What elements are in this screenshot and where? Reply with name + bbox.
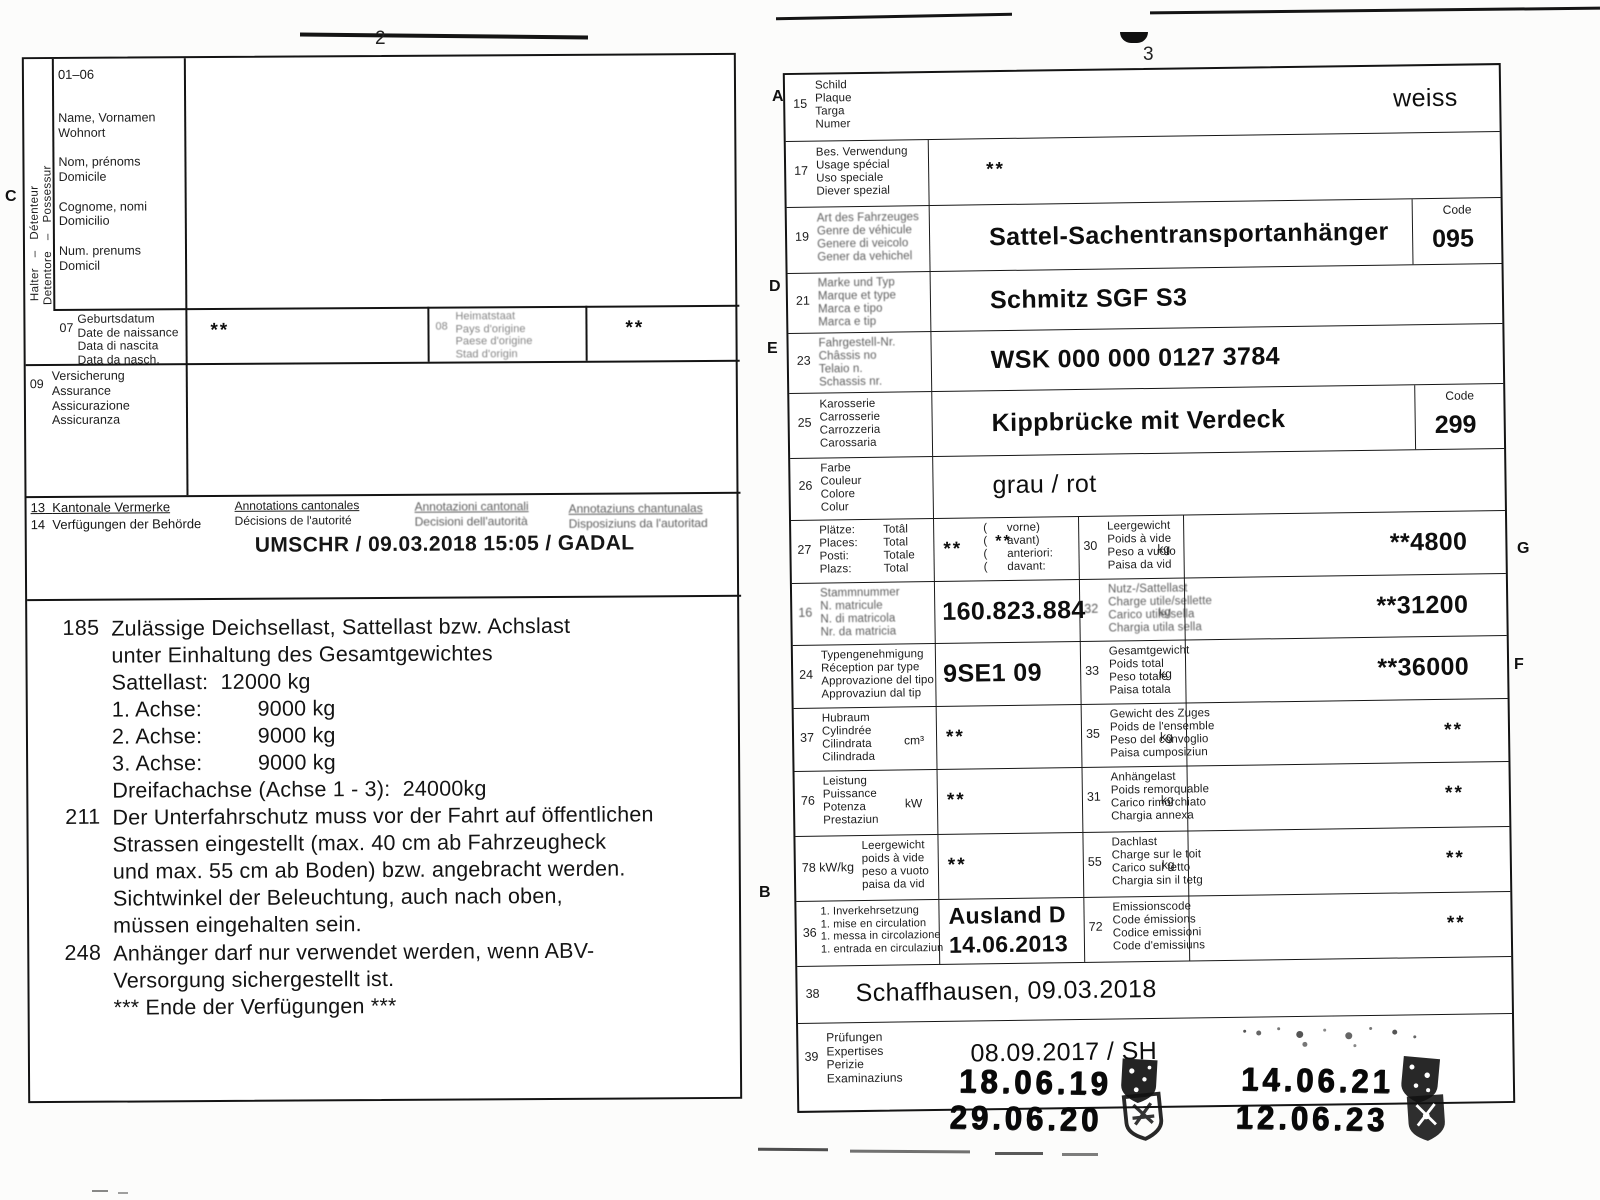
roof-load-unit: kg — [1162, 858, 1175, 872]
page-number-left: 2 — [375, 28, 386, 50]
origin-country-label: Heimatstaat Pays d'origine Paese d'origi… — [455, 310, 532, 361]
inspections-label: Prüfungen Expertises Perizie Examinaziun… — [826, 1030, 903, 1086]
cantonal-remarks-label-de: Kantonale Vermerke — [52, 499, 170, 515]
special-use-value: ** — [986, 159, 1005, 181]
field-row-16-registry-32-payload: 16 Stammnummer N. matricule N. di matric… — [792, 573, 1507, 645]
seal-stamp-icon — [1402, 1092, 1451, 1145]
seats-front-value: ** — [995, 533, 1012, 551]
margin-letter-C: C — [5, 188, 17, 206]
empty-weight-value: **4800 — [1390, 528, 1468, 558]
displacement-unit: cm³ — [904, 733, 924, 747]
field-row-36-first-registration-72-emission-code: 36 1. Inverkehrsetzung 1. mise en circul… — [796, 891, 1511, 966]
total-weight-unit: kg — [1159, 667, 1172, 681]
code-label: Code — [1443, 202, 1472, 216]
remark-text: Zulässige Deichsellast, Sattellast bzw. … — [111, 613, 571, 805]
margin-letter-B: B — [759, 884, 771, 902]
scan-streak — [118, 1192, 128, 1194]
displacement-value: ** — [946, 727, 965, 749]
field-number: 27 — [797, 543, 811, 557]
registry-number-value: 160.823.884 — [942, 596, 1086, 627]
remark-text: Der Unterfahrschutz muss vor der Fahrt a… — [112, 801, 654, 939]
field-number: 17 — [794, 164, 808, 178]
margin-letter-G: G — [1517, 540, 1529, 558]
insurance-label: Versicherung Assurance Assicurazione Ass… — [52, 369, 130, 428]
power-weight-label: Leergewicht poids à vide peso a vuoto pa… — [861, 839, 929, 892]
type-approval-value: 9SE1 09 — [943, 659, 1042, 689]
chassis-number-value: WSK 000 000 0127 3784 — [991, 342, 1281, 375]
scan-streak — [776, 13, 1012, 21]
seats-front-label: ( vorne) ( avant) ( anteriori: ( davant: — [983, 521, 1053, 574]
issue-place-date-value: Schaffhausen, 09.03.2018 — [855, 975, 1156, 1008]
vehicle-type-value: Sattel-Sachentransportanhänger — [989, 218, 1389, 253]
registry-number-label: Stammnummer N. matricule N. di matricola… — [820, 586, 900, 640]
cantonal-remarks-header-fr: Annotations cantonales Décisions de l'au… — [235, 498, 360, 529]
scan-streak — [92, 1190, 108, 1192]
field-number: 21 — [796, 294, 810, 308]
field-number-14: 14 — [31, 517, 46, 532]
margin-letter-A: A — [772, 88, 784, 106]
field-number: 19 — [795, 230, 809, 244]
field-row-38-issue-place-date: 38 Schaffhausen, 09.03.2018 — [797, 956, 1512, 1023]
emission-code-value: ** — [1447, 913, 1466, 935]
train-weight-unit: kg — [1160, 730, 1173, 744]
code-label: Code — [1445, 388, 1474, 402]
field-number-09: 09 — [30, 377, 44, 391]
scan-streak — [995, 1152, 1043, 1155]
field-range-number: 01–06 — [58, 67, 94, 82]
emission-code-label: Emissionscode Code émissions Codice emis… — [1112, 900, 1205, 954]
field-number: 38 — [806, 987, 820, 1001]
scan-streak — [1150, 7, 1600, 15]
scan-streak — [1062, 1153, 1098, 1156]
vehicle-type-label: Art des Fahrzeuges Genre de véhicule Gen… — [817, 211, 920, 265]
seats-label: Plätze: Places: Posti: Plazs: — [819, 524, 858, 577]
special-use-label: Bes. Verwendung Usage spécial Uso specia… — [816, 145, 908, 199]
field-number: 16 — [798, 606, 812, 620]
field-number: 24 — [799, 668, 813, 682]
field-number: 33 — [1085, 664, 1099, 678]
body-label: Karosserie Carrosserie Carrozzeria Caros… — [819, 398, 880, 451]
remark-text: Anhänger darf nur verwendet werden, wenn… — [113, 938, 595, 1022]
cantonal-remarks-title: 13 Kantonale Vermerke 14 Verfügungen der… — [31, 499, 202, 534]
scan-streak — [758, 1148, 828, 1151]
field-row-21-make-type: 21 Marke und Typ Marque et type Marca e … — [788, 263, 1503, 333]
scan-mark — [1120, 32, 1148, 43]
margin-letter-F: F — [1514, 656, 1524, 674]
vehicle-type-code: 095 — [1432, 224, 1474, 254]
inspection-stamp-date: 12.06.23 — [1235, 1098, 1388, 1139]
field-number: 30 — [1083, 539, 1097, 553]
birthdate-label: Geburtsdatum Date de naissance Data di n… — [77, 312, 178, 367]
field-row-39-inspections: 39 Prüfungen Expertises Perizie Examinaz… — [798, 1013, 1513, 1115]
payload-unit: kg — [1158, 605, 1171, 619]
field-row-26-color: 26 Farbe Couleur Colore Colur grau / rot — [790, 448, 1505, 520]
field-row-78-power-weight-55-roof-load: 78 kW/kg Leergewicht poids à vide peso a… — [795, 826, 1510, 901]
authority-decisions-label-de: Verfügungen der Behörde — [52, 516, 201, 532]
field-number-13: 13 — [31, 500, 46, 515]
remark-number: 185 — [53, 616, 99, 641]
inspection-stamp-date: 14.06.21 — [1241, 1060, 1394, 1101]
field-row-17-special-use: 17 Bes. Verwendung Usage spécial Uso spe… — [786, 131, 1501, 207]
holder-field-label: Name, Vornamen Wohnort Nom, prénoms Domi… — [58, 110, 156, 273]
holder-vertical-label-it-rm: Detentore – Possessur — [41, 75, 55, 305]
displacement-label: Hubraum Cylindrée Cilindrata Cilindrada — [822, 712, 876, 765]
train-weight-value: ** — [1444, 720, 1463, 742]
cantonal-remarks-header-rm: Annotaziuns chantunalas Disposiziuns da … — [569, 501, 708, 532]
remark-number: 248 — [55, 941, 101, 966]
field-row-15-plate: 15 Schild Plaque Targa Numer weiss — [785, 65, 1500, 141]
field-number: 31 — [1087, 790, 1101, 804]
color-value: grau / rot — [992, 470, 1096, 500]
total-weight-label: Gesamtgewicht Poids total Peso totale Pa… — [1109, 644, 1190, 698]
field-row-23-chassis-number: 23 Fahrgestell-Nr. Châssis no Telaio n. … — [788, 323, 1503, 393]
body-value: Kippbrücke mit Verdeck — [991, 405, 1285, 438]
field-row-24-type-approval-33-total-weight: 24 Typengenehmigung Réception par type A… — [793, 635, 1508, 708]
page-left: Halter – Détenteur Detentore – Possessur… — [22, 53, 742, 1103]
trailer-load-unit: kg — [1161, 793, 1174, 807]
scan-streak — [300, 32, 588, 39]
scan-streak — [850, 1150, 970, 1153]
power-value: ** — [947, 790, 966, 812]
field-number: 32 — [1084, 602, 1098, 616]
field-number-07: 07 — [59, 321, 73, 335]
field-row-19-vehicle-type: 19 Art des Fahrzeuges Genre de véhicule … — [787, 197, 1502, 273]
type-approval-label: Typengenehmigung Réception par type Appr… — [821, 648, 934, 702]
field-number: 39 — [804, 1050, 818, 1064]
plate-label: Schild Plaque Targa Numer — [815, 79, 852, 132]
power-label: Leistung Puissance Potenza Prestaziun — [823, 775, 879, 828]
faded-stamp-mark — [1243, 1030, 1246, 1033]
inspection-stamp-date: 29.06.20 — [949, 1098, 1102, 1139]
first-registration-value: Ausland D 14.06.2013 — [948, 900, 1068, 960]
seats-value: ** — [943, 539, 962, 561]
inspection-stamp-date: 18.06.19 — [959, 1062, 1112, 1103]
body-code: 299 — [1435, 410, 1477, 440]
field-number: 25 — [798, 416, 812, 430]
field-row-37-displacement-35-train-weight: 37 Hubraum Cylindrée Cilindrata Cilindra… — [794, 698, 1509, 771]
cantonal-entry: UMSCHR / 09.03.2018 15:05 / GADAL — [255, 531, 635, 557]
origin-country-value: ** — [625, 317, 644, 339]
make-type-value: Schmitz SGF S3 — [990, 283, 1188, 315]
seal-stamp-icon — [1119, 1091, 1168, 1143]
plate-value: weiss — [1393, 84, 1458, 114]
field-number: 72 — [1089, 920, 1103, 934]
power-unit: kW — [905, 796, 923, 810]
field-number: 78 kW/kg — [802, 860, 854, 875]
field-number: 37 — [800, 731, 814, 745]
birthdate-value: ** — [210, 320, 229, 342]
seats-total-label: Totâl Total Totale Total — [883, 523, 915, 576]
color-label: Farbe Couleur Colore Colur — [820, 462, 862, 515]
field-number: 15 — [793, 97, 807, 111]
chassis-number-label: Fahrgestell-Nr. Châssis no Telaio n. Sch… — [818, 337, 896, 391]
field-number: 26 — [798, 479, 812, 493]
payload-value: **31200 — [1376, 591, 1468, 621]
field-row-25-body: 25 Karosserie Carrosserie Carrozzeria Ca… — [789, 383, 1504, 458]
field-number: 36 — [803, 926, 817, 940]
empty-weight-unit: kg — [1157, 542, 1170, 556]
margin-letter-E: E — [767, 340, 778, 358]
field-number-08: 08 — [435, 321, 447, 333]
field-row-76-power-31-trailer-load: 76 Leistung Puissance Potenza Prestaziun… — [795, 761, 1510, 836]
field-row-27-seats-30-empty-weight: 27 Plätze: Places: Posti: Plazs: Totâl T… — [791, 510, 1506, 583]
page-right: 15 Schild Plaque Targa Numer weiss 17 Be… — [783, 63, 1515, 1113]
margin-letter-D: D — [769, 278, 781, 296]
first-registration-label: 1. Inverkehrsetzung 1. mise en circulati… — [820, 904, 943, 956]
field-number: 23 — [797, 354, 811, 368]
trailer-load-value: ** — [1445, 783, 1464, 805]
field-number: 55 — [1088, 855, 1102, 869]
cantonal-remarks-header-it: Annotazioni cantonali Decisioni dell'aut… — [415, 499, 529, 530]
make-type-label: Marke und Typ Marque et type Marca e tip… — [818, 277, 897, 331]
total-weight-value: **36000 — [1377, 653, 1469, 683]
roof-load-value: ** — [1446, 848, 1465, 870]
remark-number: 211 — [54, 805, 100, 830]
field-number: 76 — [801, 794, 815, 808]
power-weight-value: ** — [948, 855, 967, 877]
page-number-right: 3 — [1143, 44, 1154, 66]
field-number: 35 — [1086, 727, 1100, 741]
